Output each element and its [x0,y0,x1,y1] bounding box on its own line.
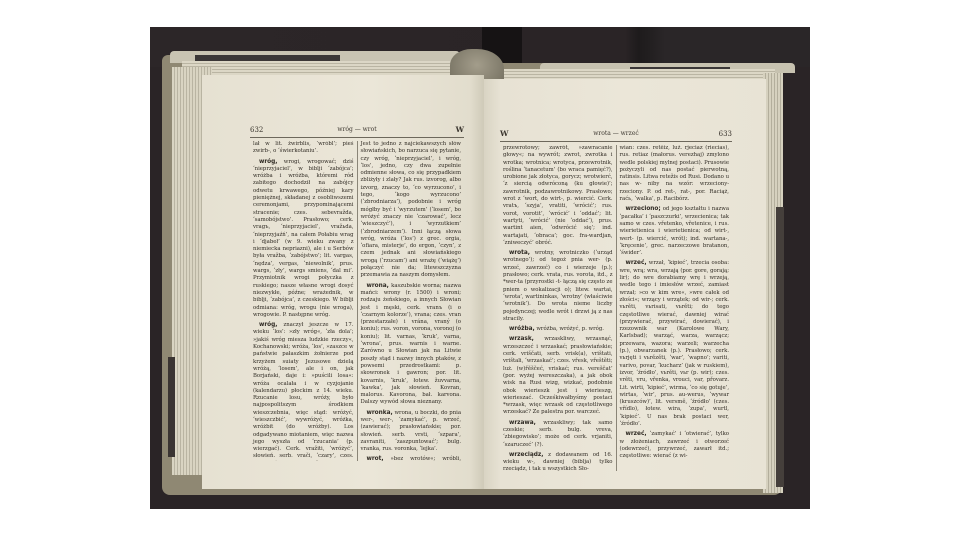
headword: wrzawa, [509,420,536,426]
headword: wrona, [367,283,389,289]
left-page-columns: lał w lit. žwirblis, ‘wróbl’; pieś zwirb… [250,141,464,461]
running-title: wróg — wrot [250,123,464,137]
right-page-columns: przewrotowy; zawrót, »zawracanie głowy«;… [500,145,732,471]
running-title: wrota — wrzeć [500,127,732,141]
dictionary-entry: wrzeć, ‘zamykać’ i ‘otwierać’, tylko w z… [620,431,730,460]
headword: wrzeciono; [626,206,661,212]
headword: wrzask, [509,336,534,342]
entry-text: od jego kształtu i nazwa ‘pacałka’ i ‘pa… [620,206,730,256]
entry-text: wrona, u boczki, do pnia wer-, wer-, ‘za… [361,410,462,452]
headword: wrzeć, [626,431,647,437]
headword: wrzeć, [626,260,647,266]
entry-text: kaszubskie worna; nazwa mańci: wrony (r.… [361,283,462,406]
headword: wrota, [509,250,530,256]
left-running-head: 632 wróg — wrot W [250,123,464,138]
entry-continuation: lał w lit. žwirblis, ‘wróbl’; pieś zwirb… [253,141,354,156]
text-column: wian: czes. retěiz, luż. rjeciaz (riecia… [616,145,733,471]
dictionary-entry: wrzask, wrzaskliwy, wrzasnąć, wrzeszczeć… [503,336,613,416]
dictionary-entry: wrzeć, wrzał, ‘kipieć’, trzecia osoba: w… [620,260,730,428]
entry-text: wian: czes. retěiz, luż. rjeciaz (riecia… [620,145,730,202]
entry-continuation: przewrotowy; zawrót, »zawracanie głowy«;… [503,145,613,247]
right-running-head: W wrota — wrzeć 633 [500,127,732,142]
dictionary-entry: wróżba, wróżba, wróżyć, p. wróg. [503,326,613,333]
section-letter: W [456,123,464,137]
headword: wróg, [259,159,277,165]
headword: wronka, [367,410,393,416]
entry-text: Jest to jedno z najciekawszych słów słow… [361,141,462,278]
entry-text: wrotny, wrotniczko (‘urząd wrotnego’); o… [503,250,613,322]
page-stack-top-right [485,69,775,79]
entry-text: lał w lit. žwirblis, ‘wróbl’; pieś zwirb… [253,141,354,154]
dictionary-entry: wrona, kaszubskie worna; nazwa mańci: wr… [361,283,462,407]
entry-text: znaczył jeszcze w 17. wieku ‘los’: »zły … [253,322,354,461]
entry-continuation: wian: czes. retěiz, luż. rjeciaz (riecia… [620,145,730,203]
page-number: 633 [719,127,732,141]
cover-wear-right [776,207,784,487]
page-stack-top-left [182,61,482,75]
headword: wróg, [259,322,277,328]
headword: wróżba, [509,326,535,332]
entry-text: przewrotowy; zawrót, »zawracanie głowy«;… [503,145,613,246]
entry-text: wrzaskliwy, wrzasnąć, wrzeszczeć i wrzas… [503,336,613,415]
headword: wrot, [367,456,384,461]
cover-wear-left [168,357,175,457]
text-column: przewrotowy; zawrót, »zawracanie głowy«;… [500,145,616,471]
entry-text: wróżba, wróżyć, p. wróg. [535,326,604,332]
dictionary-entry: wrzeciono; od jego kształtu i nazwa ‘pac… [620,206,730,257]
dictionary-entry: wróg, znaczył jeszcze w 17. wieku ‘los’:… [253,322,354,461]
dictionary-entry: wrot, »bez wrotów«; wróbli, wracać, z li… [361,456,462,461]
dictionary-entry: wróg, wrogi, wrogować; dziś ‘nieprzyjaci… [253,159,354,320]
dictionary-entry: wrota, wrotny, wrotniczko (‘urząd wrotne… [503,250,613,323]
dictionary-entry: wronka, wrona, u boczki, do pnia wer-, w… [361,410,462,454]
entry-text: wrogi, wrogować; dziś ‘nieprzyjaciel’, w… [253,159,354,318]
text-column: Jest to jedno z najciekawszych słów słow… [357,141,465,461]
book-scan: 632 wróg — wrot W lał w lit. žwirblis, ‘… [150,27,810,509]
headword: wrzeciądz, [509,452,543,458]
dictionary-entry: wrzeciądz, z dodawanem od 16. wieku w-, … [503,452,613,471]
entry-text: wrzał, ‘kipieć’, trzecia osoba: wre, wrą… [620,260,730,427]
text-column: lał w lit. žwirblis, ‘wróbl’; pieś zwirb… [250,141,357,461]
entry-continuation: Jest to jedno z najciekawszych słów słow… [361,141,462,280]
left-page: 632 wróg — wrot W lał w lit. žwirblis, ‘… [202,75,484,489]
dictionary-entry: wrzawa, wrzaskliwy; tak samo czeskie; se… [503,420,613,449]
right-page: W wrota — wrzeć 633 przewrotowy; zawrót,… [484,79,766,489]
